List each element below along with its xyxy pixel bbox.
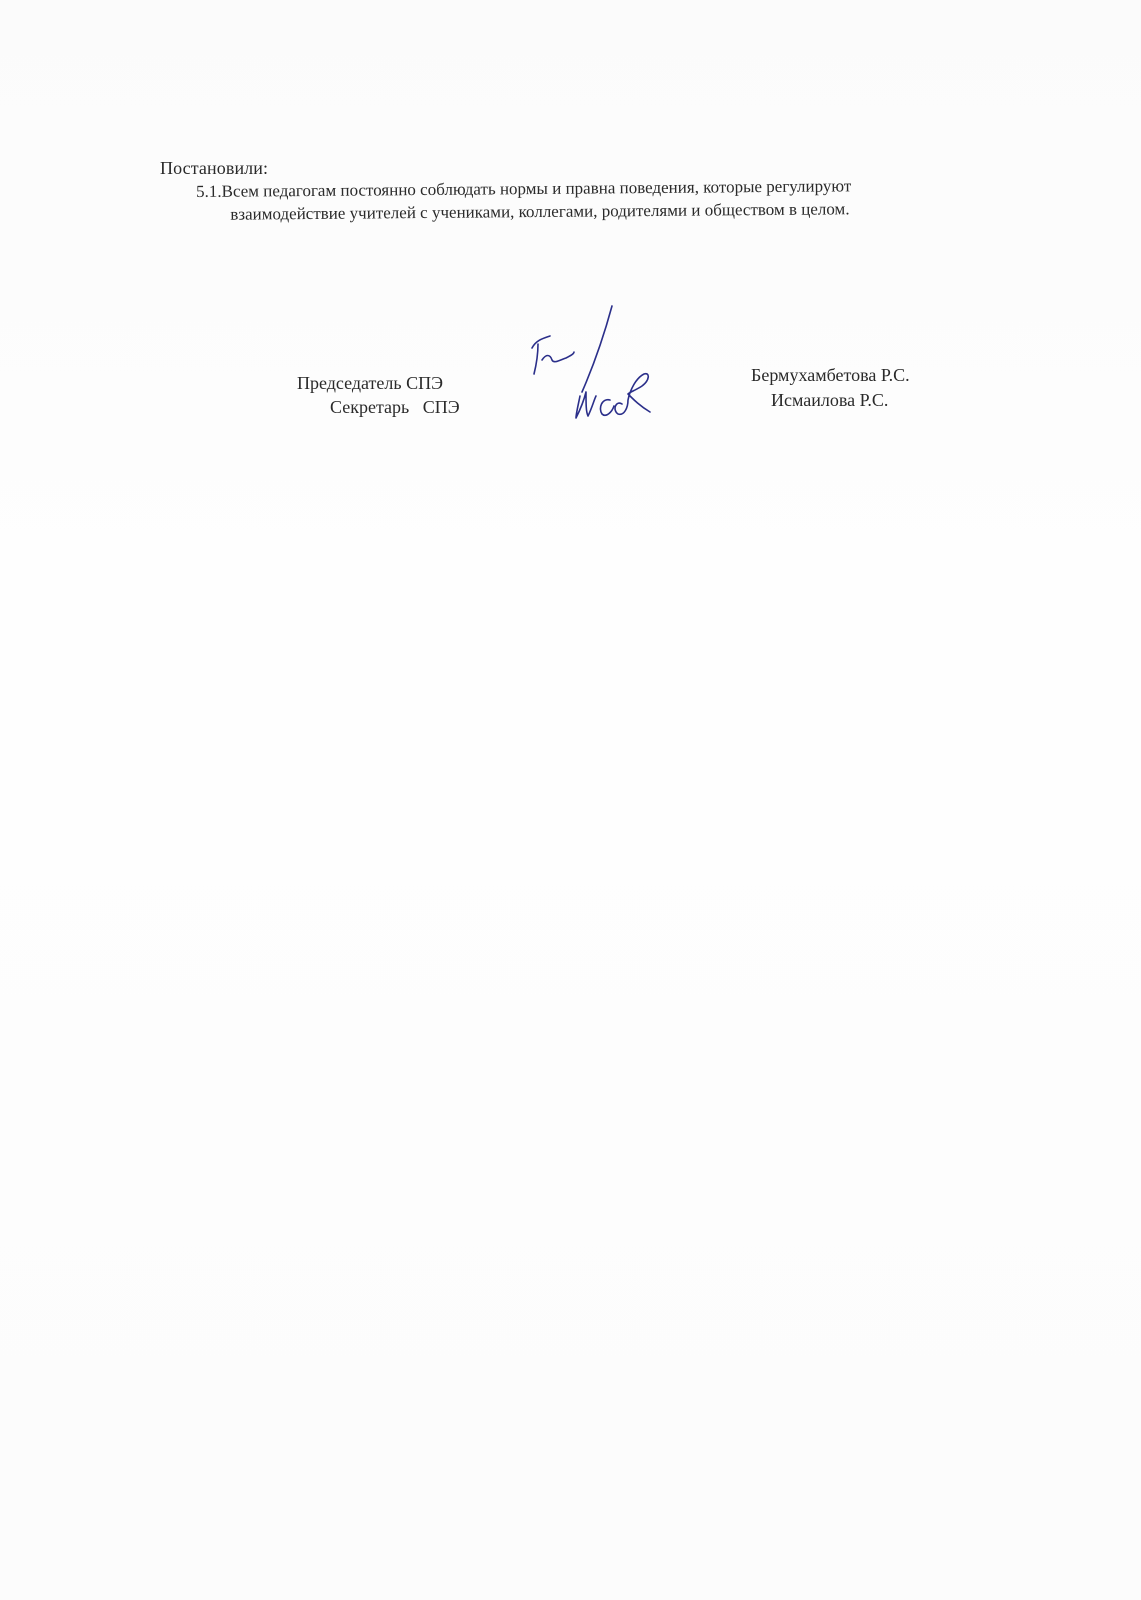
secretary-role-label: Секретарь СПЭ [330,397,460,418]
document-page: Постановили: 5.1.Всем педагогам постоянн… [0,0,1141,1600]
secretary-name: Исмаилова Р.С. [771,390,888,411]
signature-icon [530,300,680,430]
resolution-number: 5.1. [196,182,222,201]
resolution-text-line2: взаимодействие учителей с учениками, кол… [196,196,1036,226]
chair-role-label: Председатель СПЭ [297,373,443,394]
handwritten-signatures [530,300,680,430]
resolution-heading: Постановили: [160,158,268,179]
resolution-item: 5.1.Всем педагогам постоянно соблюдать н… [196,173,1036,226]
chair-name: Бермухамбетова Р.С. [751,365,910,386]
resolution-text-line1: Всем педагогам постоянно соблюдать нормы… [222,176,852,200]
